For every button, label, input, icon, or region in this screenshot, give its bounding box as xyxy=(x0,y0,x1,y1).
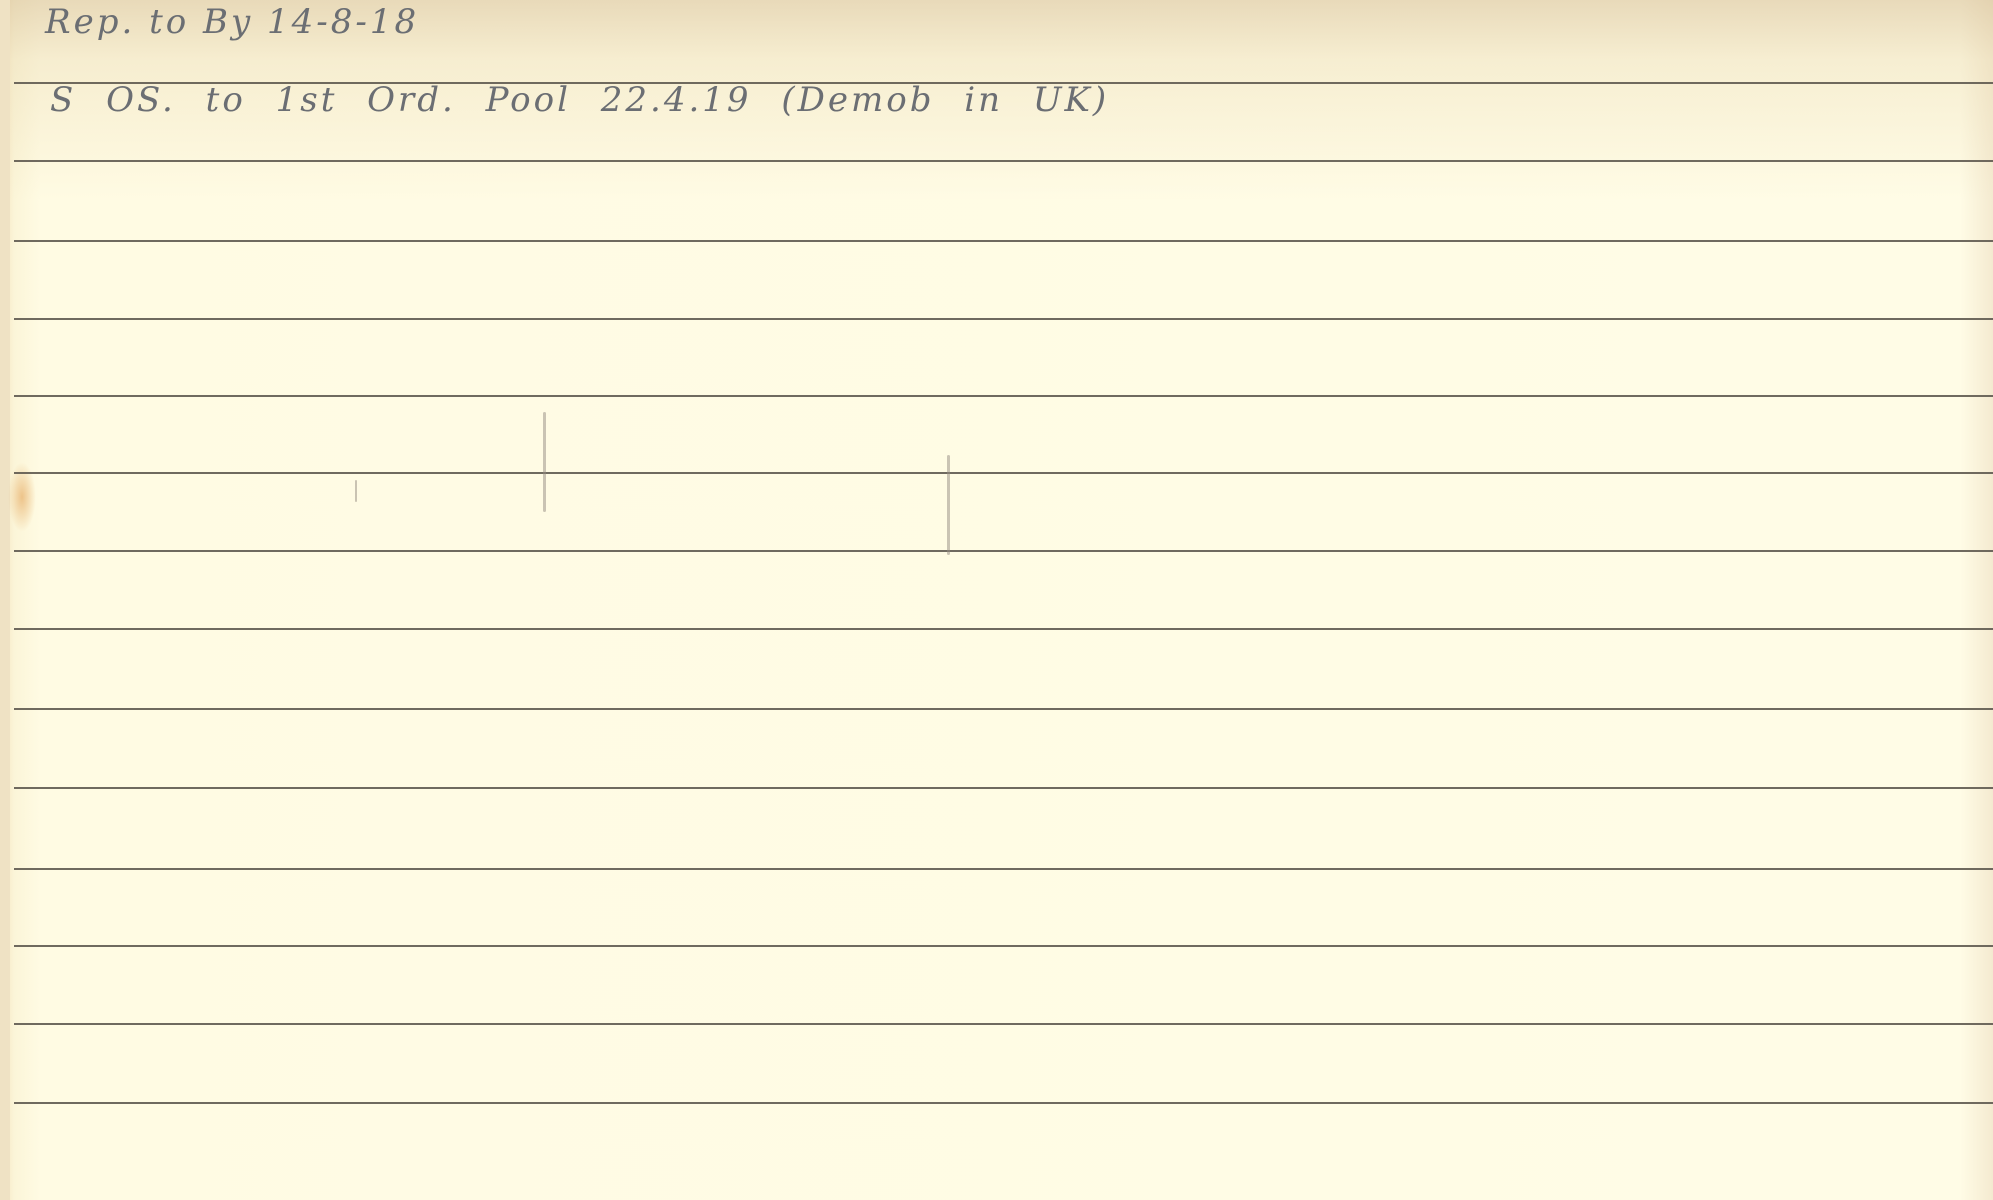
ruled-line xyxy=(14,628,1993,630)
ruled-line xyxy=(14,787,1993,789)
ruled-line xyxy=(14,318,1993,320)
pencil-mark xyxy=(355,480,357,502)
ruled-line xyxy=(14,1023,1993,1025)
ruled-line xyxy=(14,868,1993,870)
record-card: Rep. to By 14-8-18 S OS. to 1st Ord. Poo… xyxy=(0,0,1993,1200)
pencil-mark xyxy=(947,455,950,555)
ruled-line xyxy=(14,1102,1993,1104)
handwritten-entry-2: S OS. to 1st Ord. Pool 22.4.19 (Demob in… xyxy=(50,80,1109,120)
card-left-edge xyxy=(0,0,10,1200)
ruled-line xyxy=(14,708,1993,710)
ruled-line xyxy=(14,240,1993,242)
ruled-line xyxy=(14,395,1993,397)
ruled-line xyxy=(14,82,1993,84)
pencil-mark xyxy=(543,412,546,512)
handwritten-entry-1: Rep. to By 14-8-18 xyxy=(45,2,419,42)
ruled-line xyxy=(14,550,1993,552)
ruled-line xyxy=(14,160,1993,162)
ruled-line xyxy=(14,945,1993,947)
ruled-line xyxy=(14,472,1993,474)
